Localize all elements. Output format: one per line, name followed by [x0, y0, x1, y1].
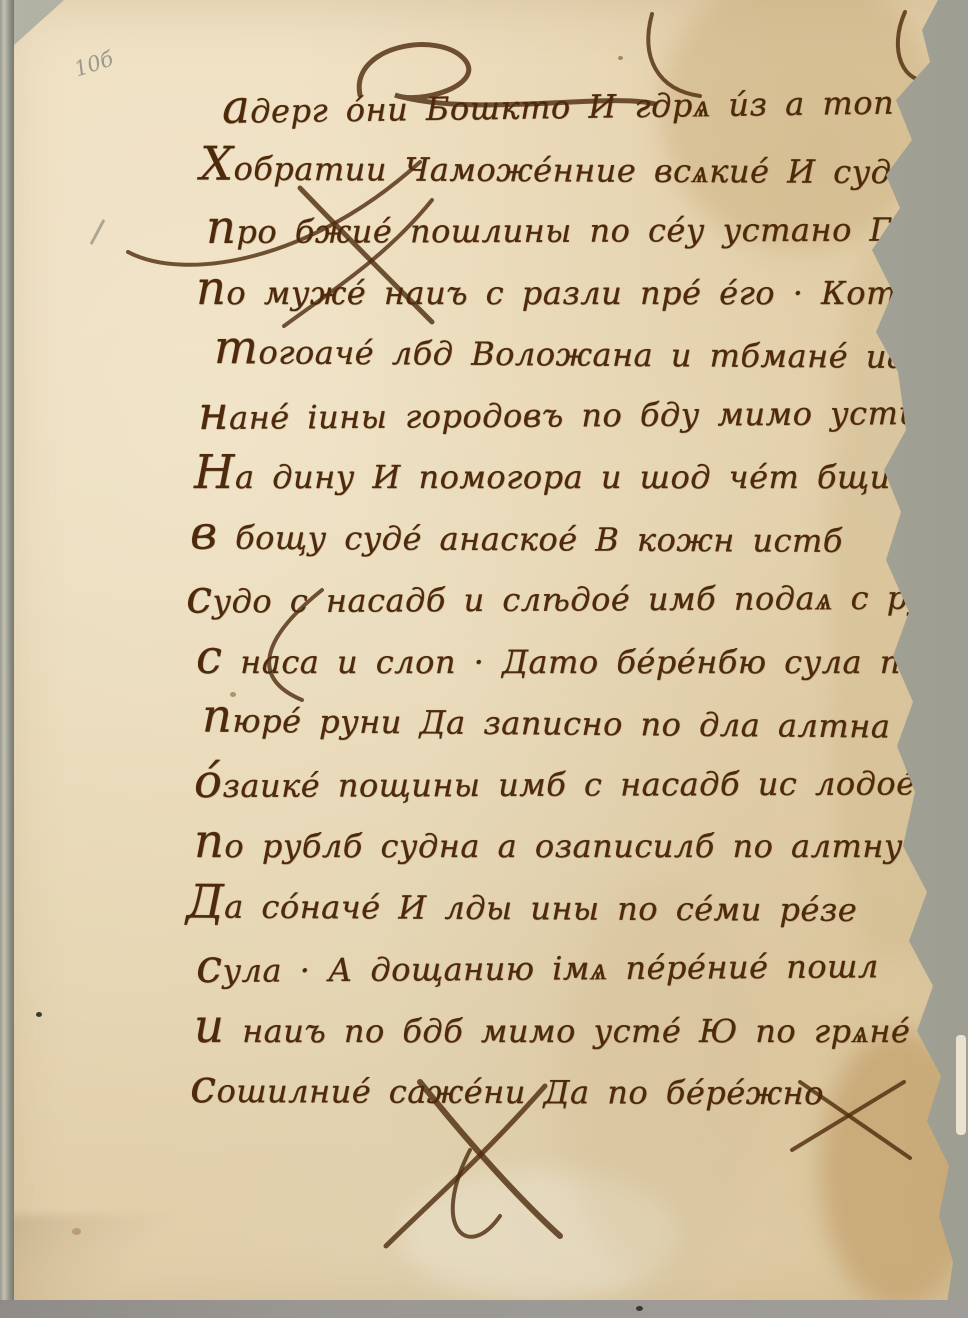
paper-speck: [72, 1228, 81, 1235]
manuscript-line: адерг о́ни Бошкто И гдрѧ и́з а топ похал…: [36, 69, 968, 144]
manuscript-line: Да со́наче́ И лды ины по се́ми ре́зе: [0, 873, 968, 940]
manuscript-line: про бжие́ пошлины по се́у устано Грамоте…: [20, 197, 968, 262]
photographed-manuscript: адерг о́ни Бошкто И гдрѧ и́з а топ похал…: [0, 0, 968, 1318]
backdrop-speck: [636, 1306, 643, 1311]
manuscript-line: На дину И помогора и шод че́т бщио: [8, 445, 968, 507]
backdrop-bottom-strip: [0, 1300, 968, 1318]
manuscript-line: судо с насадб и слѣдое́ имб подаѧ с рубл…: [0, 565, 968, 632]
manuscript-line: пюре́ руни Да записно по дла алтна: [16, 687, 968, 757]
manuscript-line: нане́ іины городовъ по бду мимо усть: [12, 380, 968, 448]
manuscript-line: по рублб судна а озаписилб по алтну: [8, 814, 968, 876]
handwritten-text-block: адерг о́ни Бошкто И гдрѧ и́з а топ похал…: [0, 76, 968, 1122]
manuscript-line: тогоаче́ лбд Воложана и тбмане́ иаз: [28, 319, 968, 387]
folded-corner: [8, 1215, 178, 1310]
manuscript-line: с наса и слоп · Дато бе́ре́нбю сула позб: [10, 630, 968, 692]
manuscript-line: по муже́ наиъ с разли пре́ е́го · Которы…: [10, 261, 968, 323]
paper-speck: [36, 1012, 42, 1017]
backdrop-left-strip: [0, 0, 14, 1318]
manuscript-page: адерг о́ни Бошкто И гдрѧ и́з а топ похал…: [0, 0, 968, 1318]
backing-page-bright-edge: [956, 1035, 966, 1135]
paper-speck: [618, 56, 623, 60]
manuscript-line: сула · А дощанию імѧ пе́ре́ние́ пошл: [10, 934, 968, 1002]
manuscript-line: в бощу суде́ анаское́ В кожн истб: [4, 504, 968, 571]
manuscript-line: Хобратии Чаможе́нние всѧкие́ И судба: [14, 135, 968, 201]
manuscript-line: о́заике́ пощины имб с насадб ис лодое́: [8, 751, 968, 816]
paper-speck: [230, 692, 236, 697]
manuscript-line: и наиъ по бдб мимо усте́ Ю по грѧне́: [8, 999, 968, 1061]
manuscript-line: сошилние́ саже́ни Да по бе́ре́жно: [4, 1058, 968, 1123]
water-stain: [400, 1170, 680, 1300]
